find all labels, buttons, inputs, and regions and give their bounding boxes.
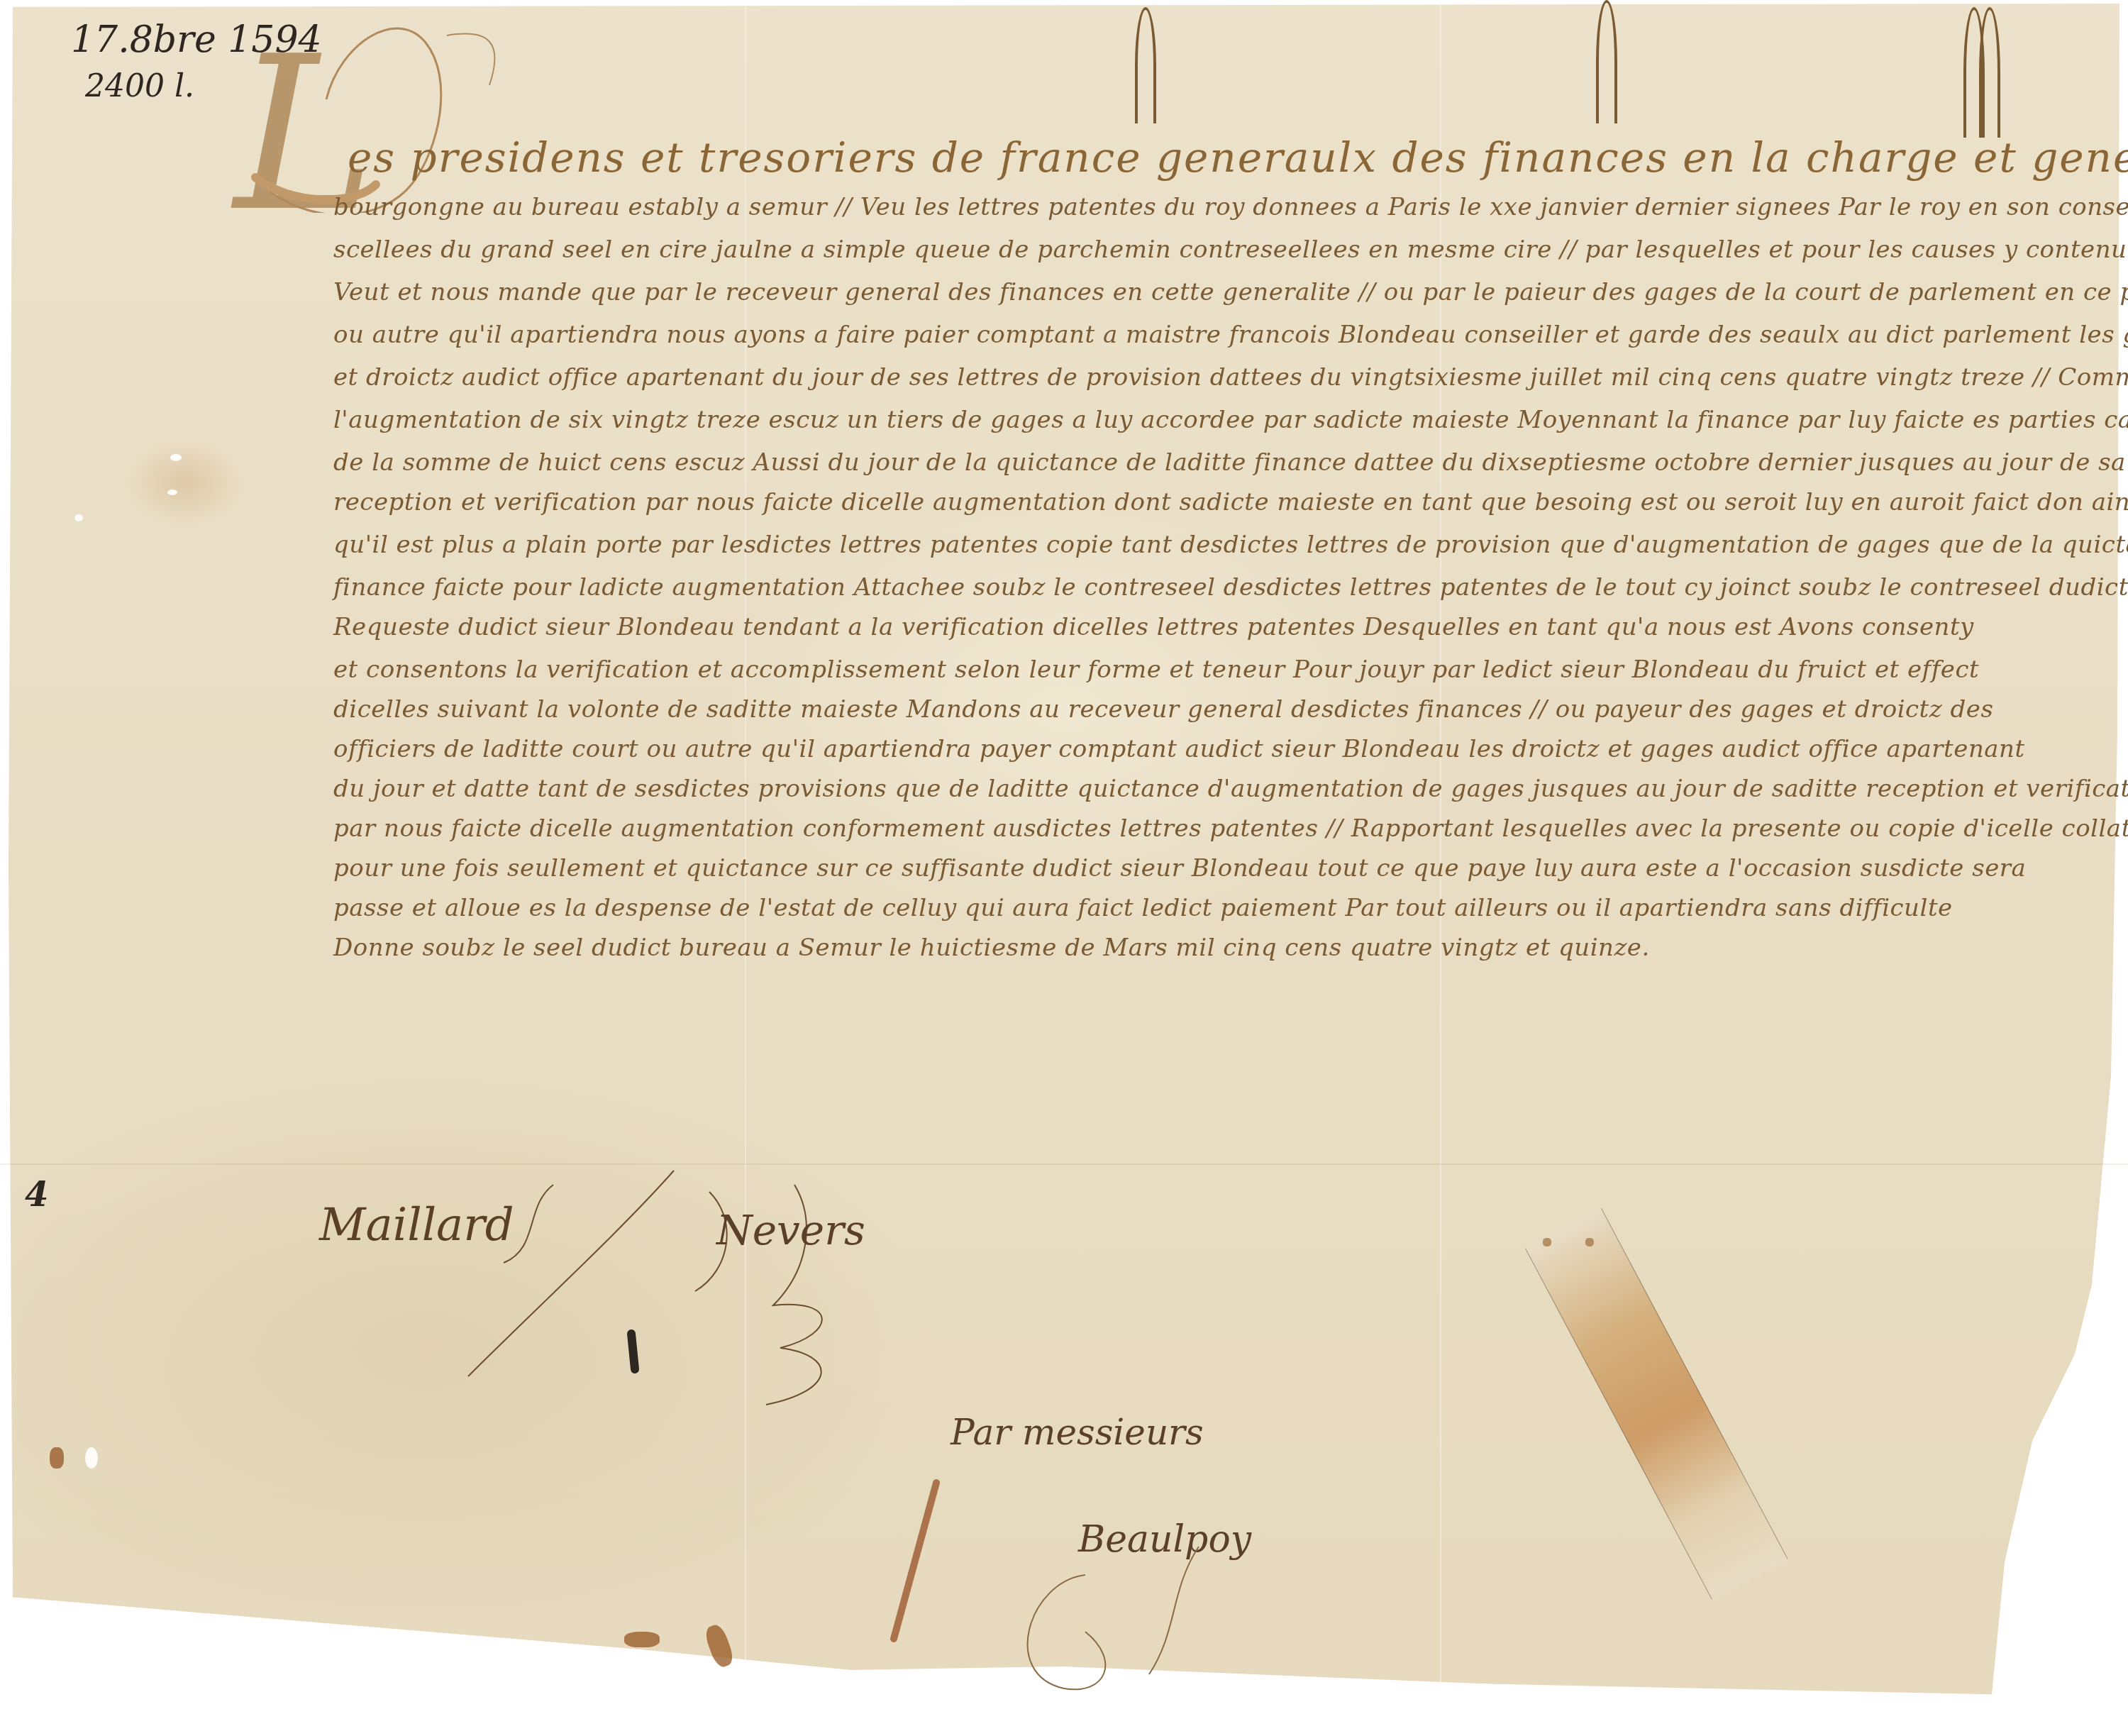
initial-flourish — [213, 14, 567, 213]
text-line-15: officiers de laditte court ou autre qu'i… — [333, 735, 2025, 763]
letter-ascender — [1135, 7, 1156, 123]
text-line-12: Requeste dudict sieur Blondeau tendant a… — [333, 613, 1974, 641]
parchment-hole — [167, 490, 177, 495]
signature-nevers: Nevers — [716, 1206, 865, 1254]
text-line-11: finance faicte pour ladicte augmentation… — [333, 573, 2128, 602]
text-line-18: pour une fois seullement et quictance su… — [333, 854, 2026, 883]
text-line-7: l'augmentation de six vingtz treze escuz… — [333, 406, 2128, 434]
text-line-19: passe et alloue es la despense de l'esta… — [333, 894, 1953, 922]
text-line-9: reception et verification par nous faict… — [333, 488, 2128, 516]
countersign-label: Par messieurs — [951, 1412, 1204, 1453]
text-line-4: Veut et nous mande que par le receveur g… — [333, 278, 2128, 306]
signature-flourish — [440, 1163, 880, 1433]
parchment-hole — [74, 514, 83, 521]
text-line-20: Donne soubz le seel dudict bureau a Semu… — [333, 934, 1650, 962]
text-line-5: ou autre qu'il apartiendra nous ayons a … — [333, 321, 2128, 349]
text-line-13: et consentons la verification et accompl… — [333, 656, 1979, 684]
letter-ascender — [1596, 0, 1617, 123]
text-line-8: de la somme de huict cens escuz Aussi du… — [333, 448, 2126, 477]
text-line-16: du jour et datte tant de sesdictes provi… — [333, 775, 2128, 803]
countersign-flourish — [943, 1490, 1241, 1703]
fold-line — [0, 1163, 2128, 1165]
margin-mark: 4 — [25, 1178, 48, 1212]
ink-stain — [50, 1447, 64, 1469]
parchment-hole — [170, 454, 182, 461]
ink-stroke — [872, 1476, 958, 1646]
ink-stain — [624, 1632, 660, 1647]
parchment-hole — [85, 1447, 98, 1469]
ink-stain — [1585, 1238, 1594, 1246]
ink-stain — [1543, 1238, 1551, 1246]
text-line-6: et droictz audict office apartenant du j… — [333, 363, 2128, 392]
text-line-14: dicelles suivant la volonte de saditte m… — [333, 695, 1993, 724]
text-line-2: bourgongne au bureau estably a semur // … — [333, 193, 2128, 221]
text-line-10: qu'il est plus a plain porte par lesdict… — [333, 531, 2128, 559]
text-line-17: par nous faicte dicelle augmentation con… — [333, 814, 2128, 843]
text-line-1: es presidens et tresoriers de france gen… — [348, 133, 2128, 182]
text-line-3: scellees du grand seel en cire jaulne a … — [333, 236, 2128, 264]
letter-ascender — [1979, 7, 2000, 138]
margin-amount-note: 2400 l. — [85, 71, 194, 102]
